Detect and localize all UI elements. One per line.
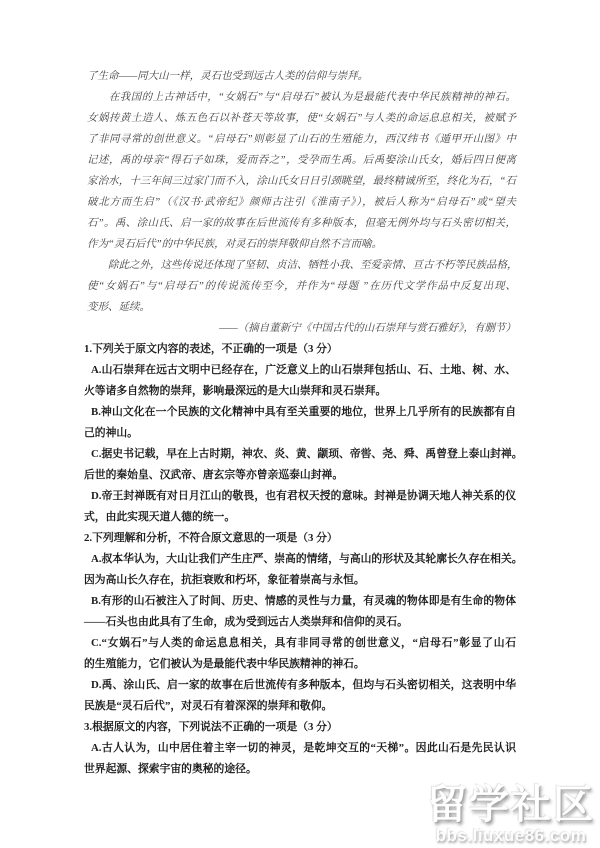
text-line: 了非同寻常的创世意义。“启母石”则彰显了山石的生殖能力，西汉纬书《遁甲开山图》中 [84, 129, 516, 150]
text-line: 因为高山长久存在，抗拒衰败和朽坏，象征着崇高与永恒。 [84, 570, 516, 591]
text-line: A.山石崇拜在远古文明中已经存在，广泛意义上的山石崇拜包括山、石、土地、树、水、 [84, 360, 516, 381]
text-line: ——（摘自董新宁《中国古代的山石崇拜与赏石雅好》，有删节） [84, 318, 516, 339]
text-line: 变形、延续。 [84, 297, 516, 318]
watermark: 留学社区 bbs.liuxue86.com [427, 785, 595, 846]
text-line: C.“女娲石”与人类的命运息息相关，具有非同寻常的创世意义，“启母石”彰显了山石 [84, 633, 516, 654]
text-line: 世界起源、探索宇宙的奥秘的途径。 [84, 759, 516, 780]
text-line: B.有形的山石被注入了时间、历史、情感的灵性与力量，有灵魂的物体即是有生命的物体 [84, 591, 516, 612]
text-line: D.帝王封禅既有对日月江山的敬畏，也有君权天授的意味。封禅是协调天地人神关系的仪 [84, 486, 516, 507]
text-line: 2.下列理解和分析，不符合原文意思的一项是（3 分） [84, 528, 516, 549]
text-line: ——石头也由此具有了生命，成为受到远古人类崇拜和信仰的灵石。 [84, 612, 516, 633]
document-page: 了生命——同大山一样，灵石也受到远古人类的信仰与崇拜。 在我国的上古神话中，“女… [0, 0, 600, 848]
text-line: 民族是“灵石后代”，对灵石有着深深的崇拜和敬仰。 [84, 696, 516, 717]
watermark-url: bbs.liuxue86.com [427, 826, 595, 846]
text-line: D.禹、涂山氏、启一家的故事在后世流传有多种版本，但均与石头密切相关，这表明中华 [84, 675, 516, 696]
text-line: 后世的秦始皇、汉武帝、唐玄宗等亦曾亲巡泰山封禅。 [84, 465, 516, 486]
text-line: 1.下列关于原文内容的表述，不正确的一项是（3 分） [84, 339, 516, 360]
text-line: 记述，禹的母亲“得石子如珠，爱而吞之”，受孕而生禹。后禹娶涂山氏女，婚后四日便离 [84, 150, 516, 171]
text-line: B.神山文化在一个民族的文化精神中具有至关重要的地位，世界上几乎所有的民族都有自 [84, 402, 516, 423]
text-line: 火等诸多自然物的崇拜，影响最深远的是大山崇拜和灵石崇拜。 [84, 381, 516, 402]
text-line: 的生殖能力，它们被认为是最能代表中华民族精神的神石。 [84, 654, 516, 675]
text-line: 家治水，十三年间三过家门而不入，涂山氏女日日引颈眺望，最终精诚所至，终化为石，“… [84, 171, 516, 192]
text-line: A.叔本华认为，大山让我们产生庄严、崇高的情绪，与高山的形状及其轮廓长久存在相关… [84, 549, 516, 570]
text-line: C.据史书记载，早在上古时期，神农、炎、黄、颛顼、帝喾、尧、舜、禹曾登上泰山封禅… [84, 444, 516, 465]
text-line: 在我国的上古神话中，“女娲石”与“启母石”被认为是最能代表中华民族精神的神石。 [84, 87, 516, 108]
text-line: 式，由此实现天道人德的统一。 [84, 507, 516, 528]
text-line: A.古人认为，山中居住着主宰一切的神灵，是乾坤交互的“天梯”。因此山石是先民认识 [84, 738, 516, 759]
text-line: 破北方而生启”（《汉书·武帝纪》颜师古注引《淮南子》），被后人称为“启母石”或“… [84, 192, 516, 213]
text-block: 了生命——同大山一样，灵石也受到远古人类的信仰与崇拜。 在我国的上古神话中，“女… [84, 66, 516, 780]
text-line: 作为“灵石后代”的中华民族，对灵石的崇拜敬仰自然不言而喻。 [84, 234, 516, 255]
text-line: 石”。禹、涂山氏、启一家的故事在后世流传有多种版本，但毫无例外均与石头密切相关， [84, 213, 516, 234]
watermark-logo: 留学社区 [427, 785, 595, 825]
text-line: 女娲抟黄土造人、炼五色石以补苍天等故事，使“女娲石”与人类的命运息息相关，被赋予 [84, 108, 516, 129]
text-line: 使“女娲石”与“启母石”的传说流传至今，并作为“母题 ”在历代文学作品中反复出现… [84, 276, 516, 297]
text-line: 己的神山。 [84, 423, 516, 444]
text-line: 除此之外，这些传说还体现了坚韧、贞洁、牺牲小我、至爱亲情、亘古不朽等民族品格， [84, 255, 516, 276]
text-line: 了生命——同大山一样，灵石也受到远古人类的信仰与崇拜。 [84, 66, 516, 87]
text-line: 3.根据原文的内容，下列说法不正确的一项是（3 分） [84, 717, 516, 738]
